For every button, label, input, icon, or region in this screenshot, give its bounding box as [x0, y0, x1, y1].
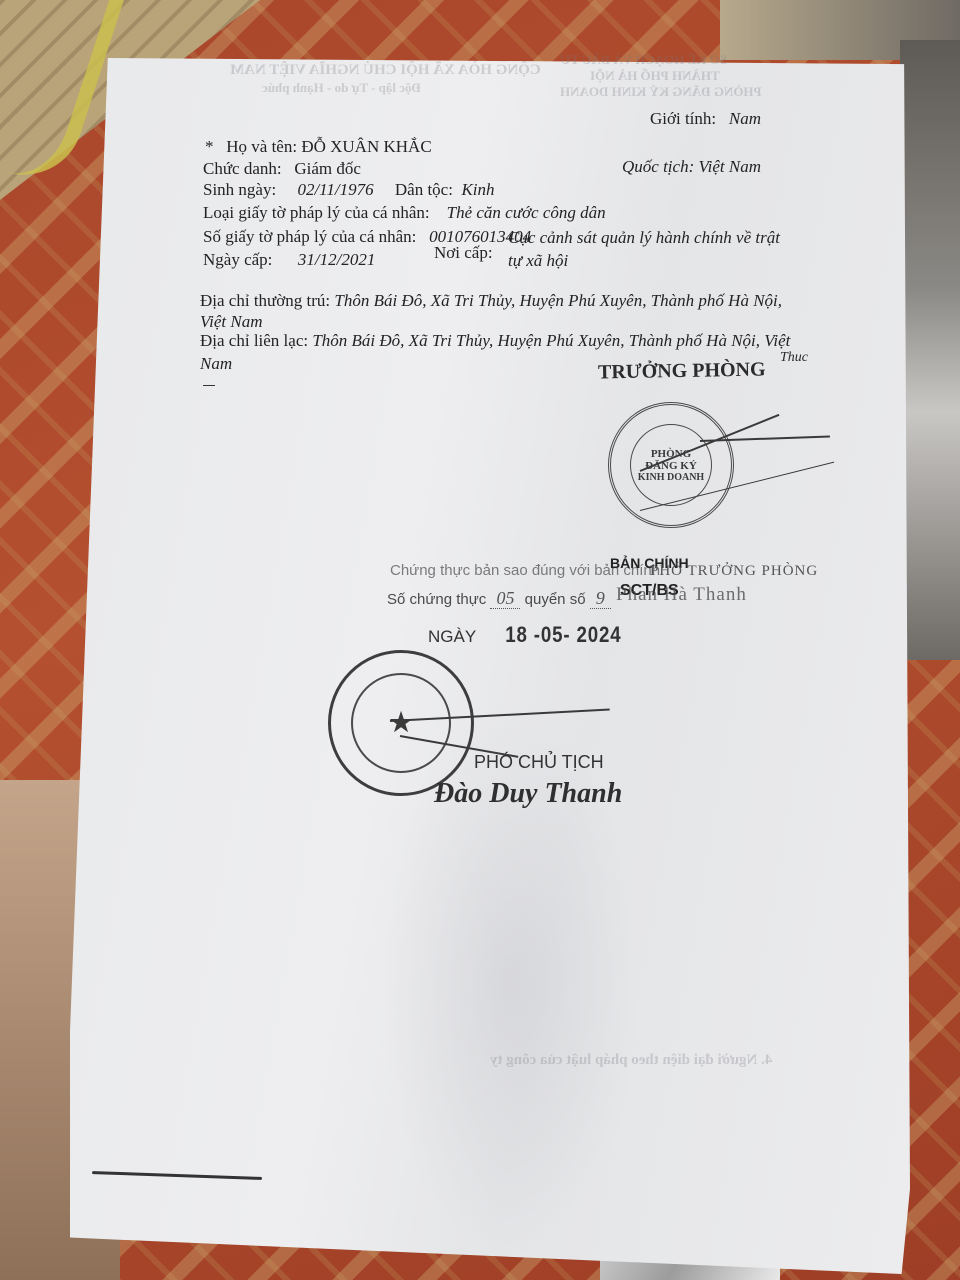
issue-place-value-line2: tự xã hội — [508, 251, 568, 271]
dob-value: 02/11/1976 — [297, 180, 373, 199]
bleed-header-left-2: Độc lập - Tự do - Hạnh phúc — [262, 80, 421, 96]
business-registration-stamp: PHÒNG ĐĂNG KÝ KINH DOANH — [608, 402, 734, 528]
id-type-label: Loại giấy tờ pháp lý của cá nhân: — [203, 203, 430, 222]
dash-mark — [203, 385, 215, 386]
signature-mark: Thuc — [780, 350, 808, 366]
issue-date-value: 31/12/2021 — [298, 250, 375, 269]
nationality-row: Quốc tịch: Việt Nam — [622, 157, 761, 177]
nationality-label: Quốc tịch: — [622, 157, 694, 176]
ethnicity-value: Kinh — [461, 180, 494, 199]
certification-line2: Số chứng thực 05 quyển số 9 — [387, 588, 611, 609]
bleed-footer: 4. Người đại diện theo pháp luật của côn… — [490, 1052, 772, 1069]
signer-name: Đào Duy Thanh — [434, 778, 622, 810]
name-label: Họ và tên: — [226, 137, 297, 156]
book-label: quyển số — [525, 591, 586, 608]
certifier-name: Phan Hà Thanh — [616, 584, 747, 606]
star-icon: ★ — [389, 708, 412, 738]
dob-row: Sinh ngày: 02/11/1976 Dân tộc: Kinh — [203, 180, 495, 200]
deputy-head-title: PHÓ TRƯỞNG PHÒNG — [650, 563, 818, 580]
commune-stamp: ★ — [328, 650, 474, 796]
position-label: Chức danh: — [203, 159, 282, 178]
bleed-header-left-1: CỘNG HÒA XÃ HỘI CHỦ NGHĨA VIỆT NAM — [230, 62, 541, 79]
dob-label: Sinh ngày: — [203, 180, 276, 199]
gender-row: Giới tính: Nam — [650, 109, 761, 129]
stamp-line: KINH DOANH — [638, 472, 704, 483]
contact-address-row: Địa chỉ liên lạc: Thôn Bái Đô, Xã Tri Th… — [200, 331, 790, 351]
contact-address-label: Địa chỉ liên lạc: — [200, 331, 308, 350]
nationality-value: Việt Nam — [698, 157, 760, 176]
cert-number-label: Số chứng thực — [387, 591, 486, 608]
issue-date-label: Ngày cấp: — [203, 250, 272, 269]
date-value: 18 -05- 2024 — [505, 622, 621, 648]
gender-value: Nam — [729, 109, 761, 128]
certification-date: NGÀY 18 -05- 2024 — [428, 622, 631, 648]
id-type-value: Thẻ căn cước công dân — [447, 203, 606, 222]
ethnicity-label: Dân tộc: — [395, 180, 453, 199]
contact-address-line2: Nam — [200, 354, 232, 374]
bullet: * — [205, 137, 214, 156]
office-title: TRƯỞNG PHÒNG — [598, 359, 766, 385]
permanent-address-line1: Thôn Bái Đô, Xã Tri Thủy, Huyện Phú Xuyê… — [334, 291, 782, 310]
contact-address-line1: Thôn Bái Đô, Xã Tri Thủy, Huyện Phú Xuyê… — [312, 331, 790, 350]
name-row: * Họ và tên: ĐỖ XUÂN KHẮC — [205, 137, 432, 157]
signer-role: PHÓ CHỦ TỊCH — [474, 752, 604, 773]
issue-place-value-line1: Cục cảnh sát quản lý hành chính về trật — [508, 228, 780, 248]
permanent-address-label: Địa chỉ thường trú: — [200, 291, 330, 310]
bleed-header-right-1: SỞ KẾ HOẠCH VÀ ĐẦU TƯ — [560, 52, 727, 68]
position-value: Giám đốc — [294, 159, 361, 178]
id-type-row: Loại giấy tờ pháp lý của cá nhân: Thẻ că… — [203, 203, 606, 223]
issue-place-label: Nơi cấp: — [434, 243, 493, 263]
book-number: 9 — [590, 588, 611, 609]
bleed-header-right-3: PHÒNG ĐĂNG KÝ KINH DOANH — [560, 84, 762, 100]
permanent-address-row: Địa chỉ thường trú: Thôn Bái Đô, Xã Tri … — [200, 291, 782, 311]
date-label: NGÀY — [428, 627, 476, 646]
gender-label: Giới tính: — [650, 109, 716, 128]
name-value: ĐỖ XUÂN KHẮC — [301, 137, 431, 156]
position-row: Chức danh: Giám đốc — [203, 159, 361, 179]
cert-number: 05 — [490, 588, 520, 609]
issue-date-row: Ngày cấp: 31/12/2021 — [203, 250, 375, 270]
glass-jar — [900, 40, 960, 660]
permanent-address-line2: Việt Nam — [200, 312, 262, 332]
id-number-label: Số giấy tờ pháp lý của cá nhân: — [203, 227, 416, 246]
bleed-header-right-2: THÀNH PHỐ HÀ NỘI — [590, 68, 720, 84]
